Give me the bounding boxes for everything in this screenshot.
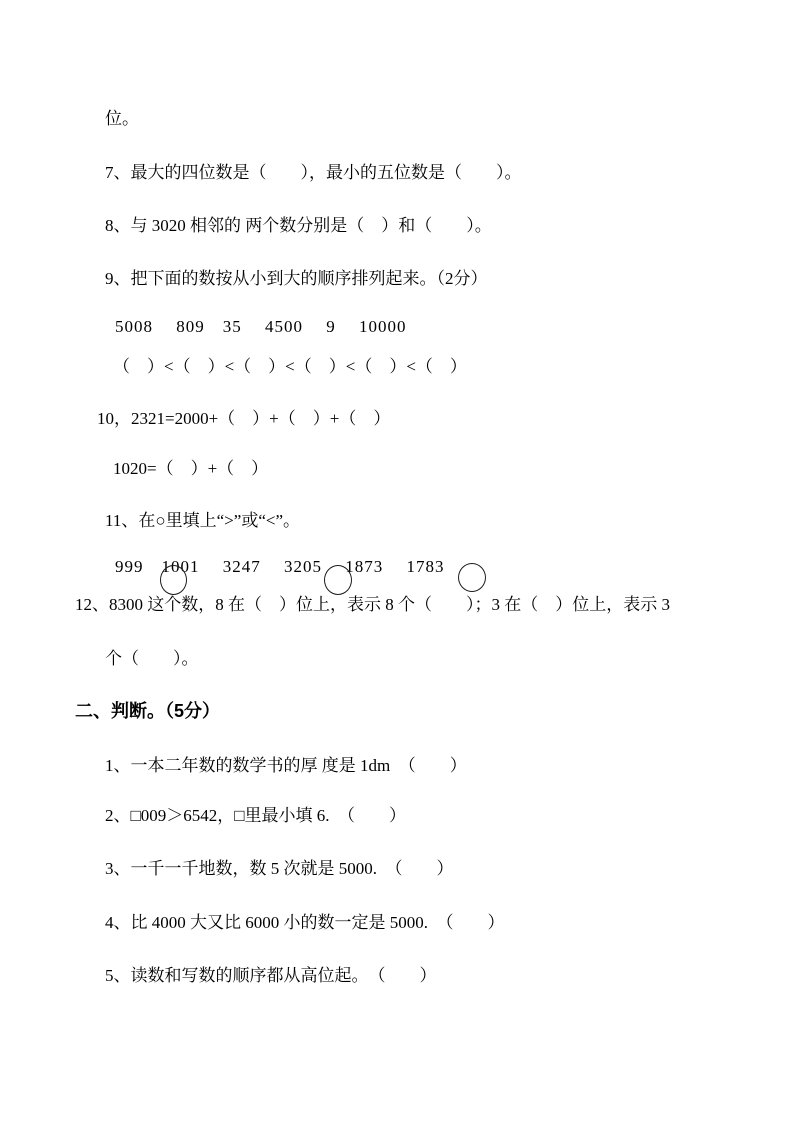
judge-item-5: 5、读数和写数的顺序都从高位起。 （ ） [105,965,437,987]
worksheet-page: 位。 7、最大的四位数是（ ），最小的五位数是（ ）。 8、与 3020 相邻的… [0,0,793,1122]
judge-item-4: 4、比 4000 大又比 6000 小的数一定是 5000. （ ） [105,912,505,934]
fill-q10-line2: 1020=（ ）+（ ） [113,458,268,480]
fill-q7-line: 7、最大的四位数是（ ），最小的五位数是（ ）。 [105,162,522,184]
fill-q12-line2: 个（ ）。 [105,648,199,670]
fill-q12-line1: 12、8300 这个数，8 在（ ）位上，表示 8 个（ ）；3 在（ ）位上，… [75,594,670,616]
judge-item-1: 1、一本二年数的数学书的厚 度是 1dm （ ） [105,755,467,777]
comparison-circle-3 [458,563,486,592]
fill-q8-line: 8、与 3020 相邻的 两个数分别是（ ）和（ ）。 [105,215,492,237]
fill-q10-line1: 10，2321=2000+（ ）+（ ）+（ ） [97,408,390,430]
comparison-circle-2 [324,565,352,595]
fill-q9-prompt: 9、把下面的数按从小到大的顺序排列起来。（2分） [105,268,488,290]
judge-item-3: 3、一千一千地数，数 5 次就是 5000. （ ） [105,858,454,880]
comparison-circle-1 [160,565,187,595]
judge-section-heading: 二、判断。（5分） [75,700,220,722]
fill-q9-ordering-blanks: （ ）<（ ）<（ ）<（ ）<（ ）<（ ） [113,356,467,378]
fill-q9-numbers: 5008 809 35 4500 9 10000 [115,316,407,338]
judge-item-2: 2、□009＞6542，□里最小填 6. （ ） [105,805,406,827]
fill-q11-prompt: 11、在○里填上“>”或“<”。 [105,510,300,532]
fill-continuation-line: 位。 [105,108,139,130]
